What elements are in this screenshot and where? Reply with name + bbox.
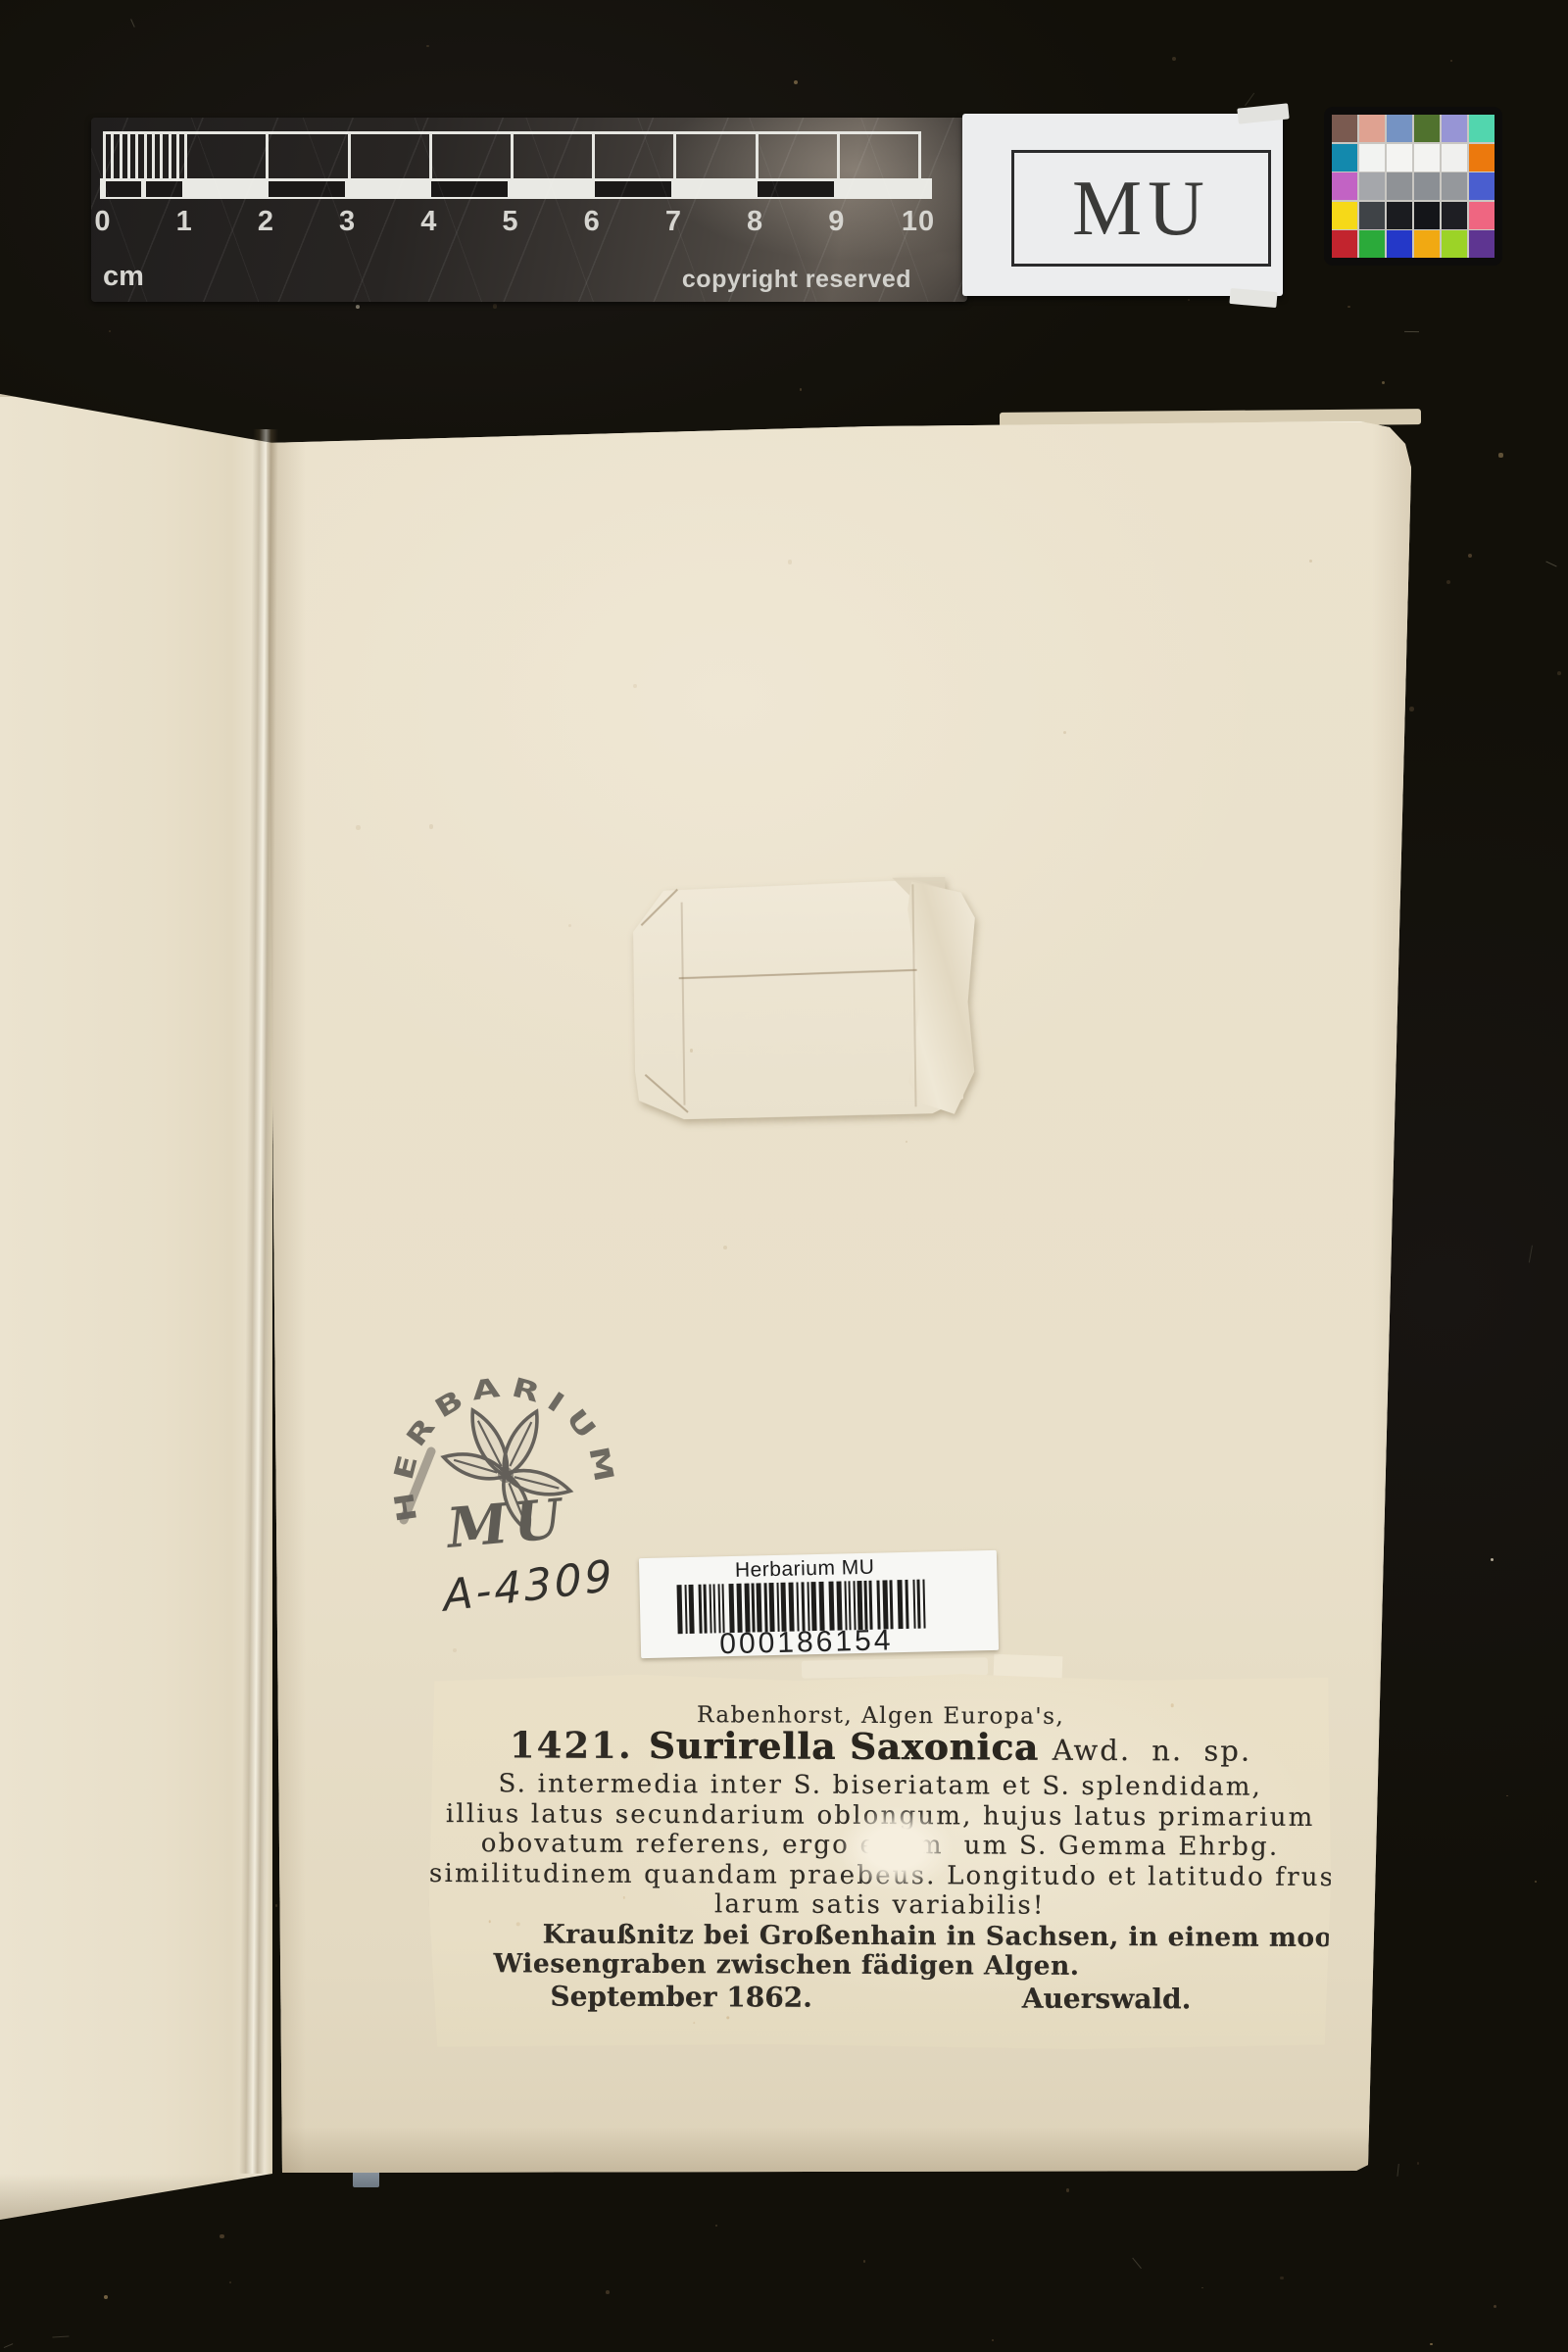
barcode-bar [848,1581,851,1630]
barcode-bar [699,1585,703,1634]
herbarium-stamp: HERBARIUM MU [390,1355,625,1566]
page-foxing-dot [356,825,361,830]
label-collector: Auerswald. [1022,1984,1192,2014]
color-checker-cell [1387,115,1412,142]
ruler-number: 0 [94,206,111,238]
ruler-mm-tick [176,133,179,178]
color-checker-cell [1442,172,1467,200]
barcode-bar [836,1581,842,1630]
felt-speck [229,2281,231,2283]
felt-speck [1535,1881,1537,1883]
barcode-bar [897,1580,903,1629]
barcode-bar [763,1583,767,1632]
color-checker-cell [1414,172,1440,200]
barcode-bar [863,1581,867,1630]
barcode-bar [718,1584,721,1633]
specimen-packet [625,877,973,1123]
label-locality-line: Wiesengraben zwischen fädigen Algen. [493,1949,1265,1982]
barcode-bar [916,1580,920,1629]
ruler-cm-tick [918,131,921,178]
felt-speck [1417,2162,1419,2164]
color-checker-cell [1442,230,1467,258]
felt-speck [493,304,497,308]
felt-fiber [1397,2163,1399,2176]
felt-speck [426,45,428,47]
mu-herbarium-card: MU [962,114,1283,296]
barcode-bar [807,1582,809,1631]
felt-speck [1446,580,1450,584]
ruler-number: 8 [747,206,763,238]
page-foxing-dot [568,924,571,927]
herbarium-sheet-page: HERBARIUM MU A-4309 Herbarium MU 0001861… [265,416,1426,2180]
page-foxing-dot [1309,560,1312,563]
barcode-bar [704,1585,708,1634]
left-page [0,390,272,2223]
ruler-cm-tick [184,131,187,178]
color-checker-cell [1332,144,1357,171]
barcode-bar [828,1582,834,1631]
ruler-calibration-band [100,178,932,199]
label-species-name: Surirella Saxonica [649,1724,1039,1769]
barcode-bar [801,1582,805,1631]
barcode-bar [853,1581,856,1630]
barcode-bar [768,1583,774,1632]
label-foxing-dot [727,2016,730,2019]
ruler-band-block [106,181,142,197]
color-checker-cell [1387,172,1412,200]
barcode-bar [780,1583,786,1632]
felt-speck [275,1904,278,1907]
color-checker-cell [1414,115,1440,142]
barcode-bar [905,1580,908,1629]
barcode-bar [788,1583,794,1632]
felt-speck [1172,57,1176,61]
felt-fiber [1245,93,1254,107]
barcode-bar [776,1583,779,1632]
ruler-mm-tick [144,133,147,178]
felt-speck [863,2260,866,2263]
ruler-cm-tick [266,131,269,178]
color-checker-cell [1414,202,1440,229]
barcode-bar [729,1584,735,1633]
felt-fiber [1132,2257,1142,2269]
felt-speck [800,388,803,391]
color-checker-cell [1469,172,1494,200]
felt-speck [992,2339,994,2341]
label-description-line: larum satis variabilis! [429,1888,1331,1923]
ruler-mm-tick [120,133,122,178]
barcode-bar [713,1584,716,1633]
label-locality-line: Kraußnitz bei Großenhain in Sachsen, in … [494,1920,1266,1952]
barcode-bar [744,1584,750,1633]
ruler-number: 4 [420,206,437,238]
color-checker-cell [1387,230,1412,258]
felt-speck [1506,1795,1508,1797]
color-checker-cell [1332,115,1357,142]
ruler-cm-tick [756,131,759,178]
felt-speck [715,2225,717,2227]
barcode-bar [882,1580,888,1629]
ruler-cm-tick [673,131,676,178]
color-checker-cell [1359,202,1385,229]
barcode-bar [818,1582,824,1631]
barcode-bar [689,1585,695,1634]
ruler-cm-tick [837,131,840,178]
ruler-mm-tick [135,133,138,178]
page-foxing-dot [1063,731,1066,734]
color-checker-cell [1442,115,1467,142]
ruler-cm-tick [592,131,595,178]
felt-speck [1188,299,1190,301]
barcode-bar [796,1582,799,1631]
felt-speck [1450,60,1452,62]
barcode-bar [685,1585,688,1634]
ruler-number: 1 [176,206,193,238]
felt-fiber [52,2336,69,2338]
felt-speck [109,330,111,332]
specimen-label: Rabenhorst, Algen Europa's, 1421.Surirel… [428,1670,1332,2052]
felt-fiber [1404,331,1419,332]
page-foxing-dot [906,1141,908,1144]
barcode-bar [722,1584,725,1633]
label-title-line: 1421.Surirella SaxonicaAwd. n. sp. [429,1729,1331,1772]
barcode-bar [810,1582,816,1631]
barcode-bar [857,1581,862,1630]
barcode-bar [756,1583,761,1632]
color-checker-cell [1442,202,1467,229]
ruler-number: 2 [258,206,274,238]
felt-speck [1491,1558,1494,1561]
barcode-bar [710,1584,712,1633]
felt-speck [1347,306,1350,309]
barcode-bar [876,1581,880,1630]
color-checker-cell [1442,144,1467,171]
felt-fiber [1529,1246,1533,1263]
felt-speck [1468,554,1472,558]
color-checker-cell [1469,202,1494,229]
ruler-number: 7 [665,206,682,238]
felt-speck [794,80,798,84]
barcode-bar [736,1584,742,1633]
felt-speck [1066,2188,1069,2191]
color-checker-cell [1332,230,1357,258]
color-checker-cell [1469,144,1494,171]
felt-speck [1382,381,1385,384]
color-checker-cell [1359,115,1385,142]
ruler-cm-tick [103,131,106,178]
felt-speck [1280,2277,1284,2280]
color-checker-cell [1469,115,1494,142]
ruler-number: 10 [902,206,935,238]
felt-speck [104,2295,108,2299]
ruler-band-block [595,181,671,197]
color-checker-cell [1359,144,1385,171]
color-checker-cell [1414,144,1440,171]
page-foxing-dot [429,824,433,828]
felt-fiber [4,2344,13,2349]
ruler-band-block [146,181,182,197]
ruler-mm-tick [127,133,130,178]
ruler-unit-label: cm [103,261,144,293]
photographic-scale-ruler: 012345678910 cm copyright reserved [91,118,967,302]
ruler-mm-tick [152,133,155,178]
ruler-cm-tick [348,131,351,178]
ruler-number: 3 [339,206,356,238]
label-species-number: 1421. [510,1723,633,1767]
barcode-bar [912,1580,915,1629]
color-checker-grid [1332,115,1494,258]
color-checker-cell [1359,230,1385,258]
felt-speck [606,2290,610,2294]
barcode-bar [844,1581,847,1630]
ruler-cm-tick [511,131,514,178]
page-foxing-dot [723,1246,727,1249]
barcode-bar [922,1580,925,1629]
label-footer: September 1862. Auerswald. [428,1981,1330,2014]
color-checker-cell [1387,202,1412,229]
felt-speck [1498,453,1502,457]
barcode-content: Herbarium MU 000186154 [676,1554,935,1654]
barcode-bar [751,1583,755,1632]
label-description-line: S. intermedia inter S. biseriatam et S. … [429,1769,1331,1803]
ruler-cm-tick [429,131,432,178]
felt-speck [356,305,360,309]
felt-speck [1430,2343,1432,2345]
color-checker-cell [1387,144,1412,171]
ruler-mm-tick [160,133,163,178]
label-date: September 1862. [550,1982,812,2012]
color-checker-cell [1332,202,1357,229]
label-damage-spot [839,1807,953,1890]
label-foxing-dot [694,2022,696,2024]
color-checker-cell [1359,172,1385,200]
barcode-bar [868,1581,872,1630]
ruler-number: 5 [502,206,518,238]
ruler-band-block [269,181,345,197]
felt-speck [220,2234,223,2238]
page-foxing-dot [788,560,792,563]
barcode-bars [677,1579,935,1634]
ruler-band-block [431,181,508,197]
barcode-bar [889,1580,893,1629]
ruler-mm-tick [169,133,171,178]
ruler-band-block [758,181,834,197]
stamp-monogram: MU [442,1486,569,1561]
mu-card-border: MU [1011,150,1271,267]
felt-speck [1494,2305,1497,2309]
ruler-number: 9 [828,206,845,238]
color-checker-cell [1332,172,1357,200]
felt-speck [1557,671,1561,675]
color-calibration-card [1324,107,1502,266]
mu-card-text: MU [1072,170,1210,248]
page-foxing-dot [453,1648,457,1652]
color-checker-cell [1469,230,1494,258]
specimen-photo-stage: 012345678910 cm copyright reserved MU [0,0,1568,2352]
felt-speck [1409,707,1413,710]
barcode-bar [677,1585,683,1634]
felt-fiber [130,19,134,26]
ruler-mm-tick [111,133,114,178]
ruler-copyright-label: copyright reserved [682,266,911,294]
color-checker-cell [1414,230,1440,258]
label-locality: Kraußnitz bei Großenhain in Sachsen, in … [428,1919,1330,1982]
felt-speck [1201,2287,1203,2289]
label-authority: Awd. n. sp. [1053,1734,1251,1768]
ruler-number: 6 [584,206,601,238]
felt-fiber [1545,561,1556,566]
barcode-label: Herbarium MU 000186154 [639,1550,999,1658]
page-foxing-dot [633,684,637,688]
